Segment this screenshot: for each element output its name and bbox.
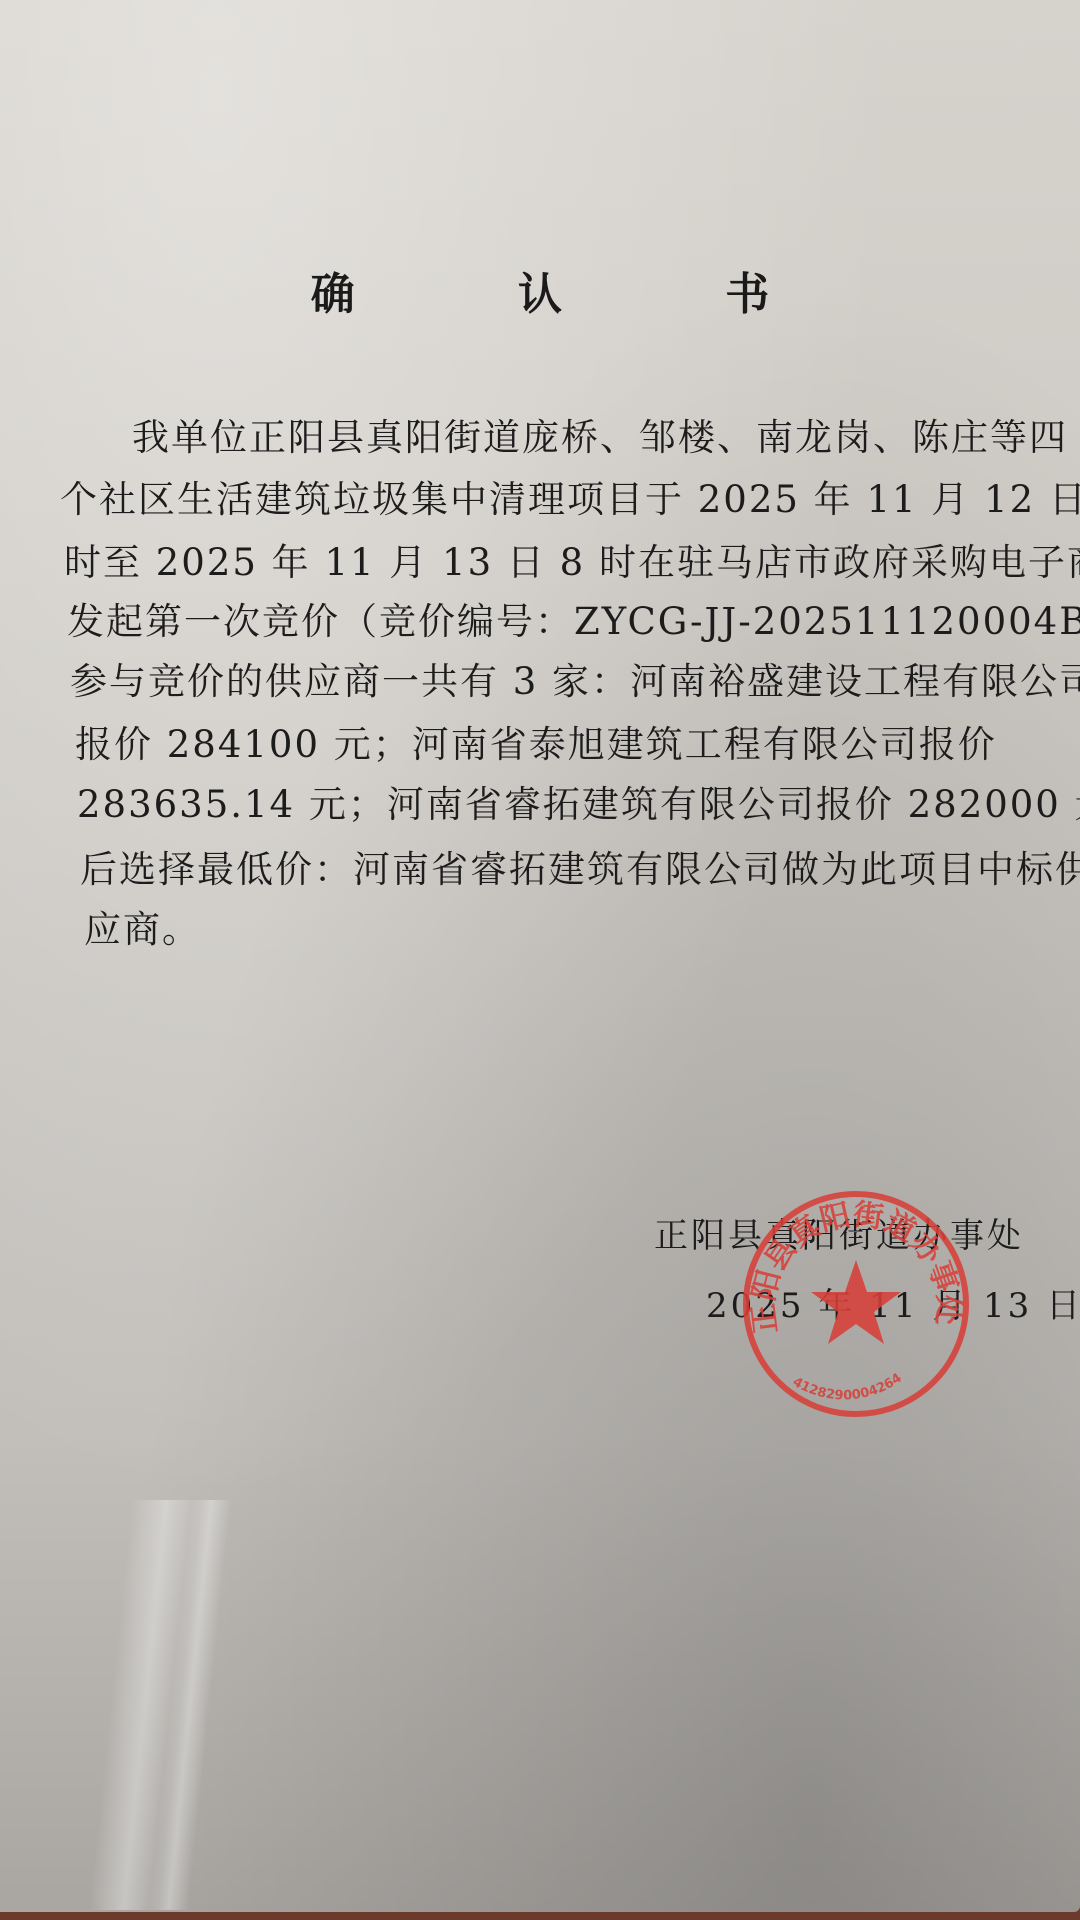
signature-organization: 正阳县真阳街道办事处 bbox=[654, 1208, 1024, 1257]
body-line-5: 参与竞价的供应商一共有 3 家：河南裕盛建设工程有限公司 bbox=[70, 660, 1080, 704]
paper-sheet: 确 认 书 我单位正阳县真阳街道庞桥、邹楼、南龙岗、陈庄等四 个社区生活建筑垃圾… bbox=[0, 0, 1080, 1912]
body-line-9: 应商。 bbox=[84, 908, 201, 952]
document-title: 确 认 书 bbox=[0, 258, 1080, 322]
body-line-8: 后选择最低价：河南省睿拓建筑有限公司做为此项目中标供 bbox=[80, 848, 1080, 892]
body-line-2: 个社区生活建筑垃圾集中清理项目于 2025 年 11 月 12 日 8 bbox=[60, 478, 1080, 522]
seal-number: 4128290004264 bbox=[790, 1371, 905, 1404]
signature-date: 2025 年 11 月 13 日 bbox=[706, 1278, 1080, 1327]
svg-text:4128290004264: 4128290004264 bbox=[790, 1371, 905, 1404]
body-line-3: 时至 2025 年 11 月 13 日 8 时在驻马店市政府采购电子商城 bbox=[64, 541, 1080, 585]
body-line-1: 我单位正阳县真阳街道庞桥、邹楼、南龙岗、陈庄等四 bbox=[132, 416, 1068, 460]
body-line-7: 283635.14 元；河南省睿拓建筑有限公司报价 282000 元。最 bbox=[77, 783, 1080, 827]
body-line-4: 发起第一次竞价（竞价编号：ZYCG-JJ-202511120004B）， bbox=[67, 600, 1080, 644]
body-line-6: 报价 284100 元；河南省泰旭建筑工程有限公司报价 bbox=[75, 723, 997, 767]
